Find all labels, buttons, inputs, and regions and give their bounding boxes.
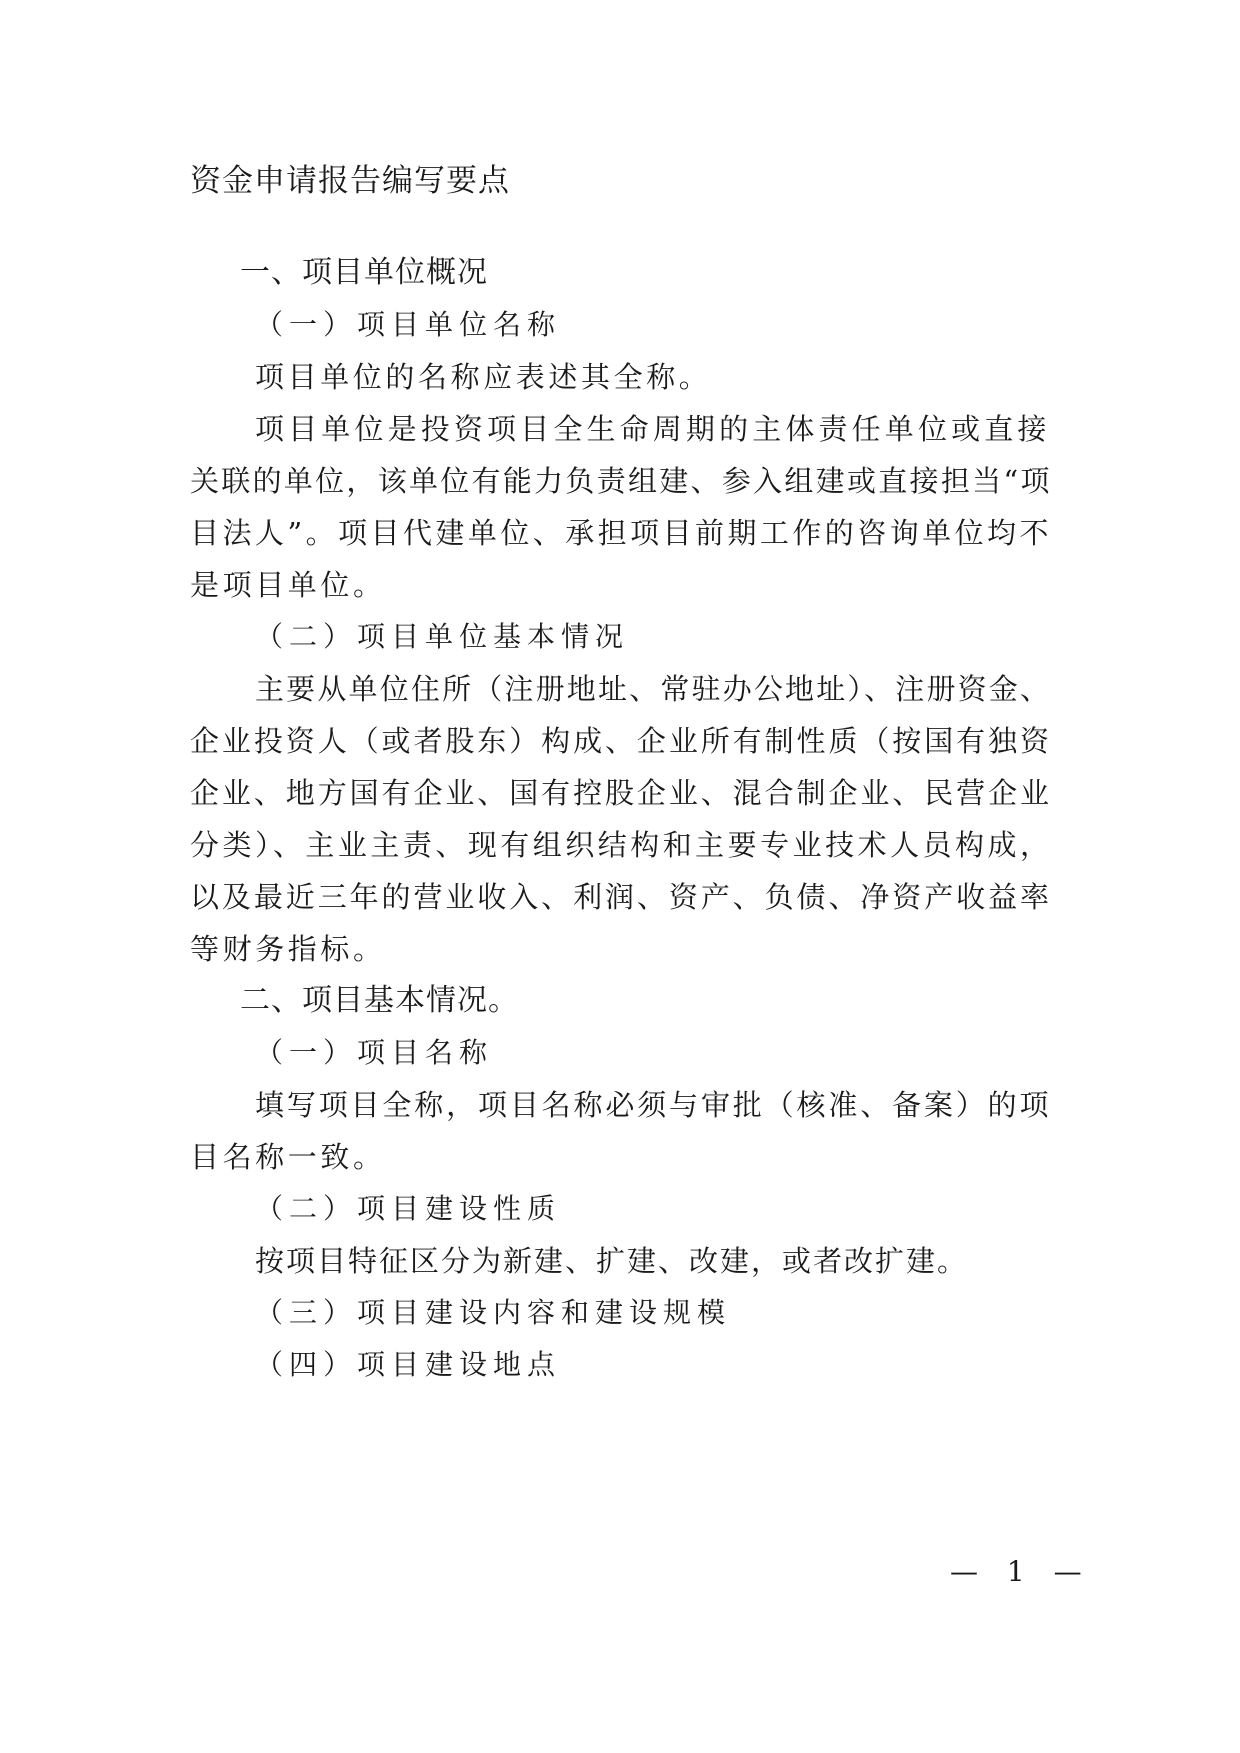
paragraph-line: 关联的单位，该单位有能力负责组建、参入组建或直接担当“项 bbox=[190, 452, 1050, 510]
paragraph-line: 填写项目全称，项目名称必须与审批（核准、备案）的项 bbox=[255, 1076, 1050, 1134]
paragraph-line: 主要从单位住所（注册地址、常驻办公地址）、注册资金、 bbox=[255, 660, 1050, 718]
paragraph-line: 目名称一致。 bbox=[190, 1128, 1050, 1186]
paragraph-line: 分类）、主业主责、现有组织结构和主要专业技术人员构成， bbox=[190, 816, 1050, 874]
subsection-heading-2-3: （三）项目建设内容和建设规模 bbox=[255, 1284, 1115, 1342]
paragraph-line: 按项目特征区分为新建、扩建、改建，或者改扩建。 bbox=[255, 1232, 1050, 1290]
subsection-heading-1-1: （一）项目单位名称 bbox=[255, 296, 1115, 354]
page-number: — 1 — bbox=[950, 1552, 1092, 1592]
subsection-heading-1-2: （二）项目单位基本情况 bbox=[255, 608, 1115, 666]
paragraph-line: 等财务指标。 bbox=[190, 920, 1050, 978]
document-page: 资金申请报告编写要点 一、项目单位概况 （一）项目单位名称 项目单位的名称应表述… bbox=[0, 0, 1240, 1753]
subsection-heading-2-1: （一）项目名称 bbox=[255, 1024, 1115, 1082]
paragraph-line: 项目单位是投资项目全生命周期的主体责任单位或直接 bbox=[255, 400, 1050, 458]
paragraph-line: 企业、地方国有企业、国有控股企业、混合制企业、民营企业 bbox=[190, 764, 1050, 822]
document-title: 资金申请报告编写要点 bbox=[190, 152, 510, 210]
paragraph-line: 企业投资人（或者股东）构成、企业所有制性质（按国有独资 bbox=[190, 712, 1050, 770]
paragraph-line: 以及最近三年的营业收入、利润、资产、负债、净资产收益率 bbox=[190, 868, 1050, 926]
paragraph-line: 项目单位的名称应表述其全称。 bbox=[255, 348, 1050, 406]
paragraph-line: 目法人”。项目代建单位、承担项目前期工作的咨询单位均不 bbox=[190, 504, 1050, 562]
subsection-heading-2-2: （二）项目建设性质 bbox=[255, 1180, 1115, 1238]
paragraph-line: 是项目单位。 bbox=[190, 556, 1050, 614]
subsection-heading-2-4: （四）项目建设地点 bbox=[255, 1336, 1115, 1394]
section-heading-1: 一、项目单位概况 bbox=[240, 244, 1100, 302]
section-heading-2: 二、项目基本情况。 bbox=[240, 972, 1100, 1030]
